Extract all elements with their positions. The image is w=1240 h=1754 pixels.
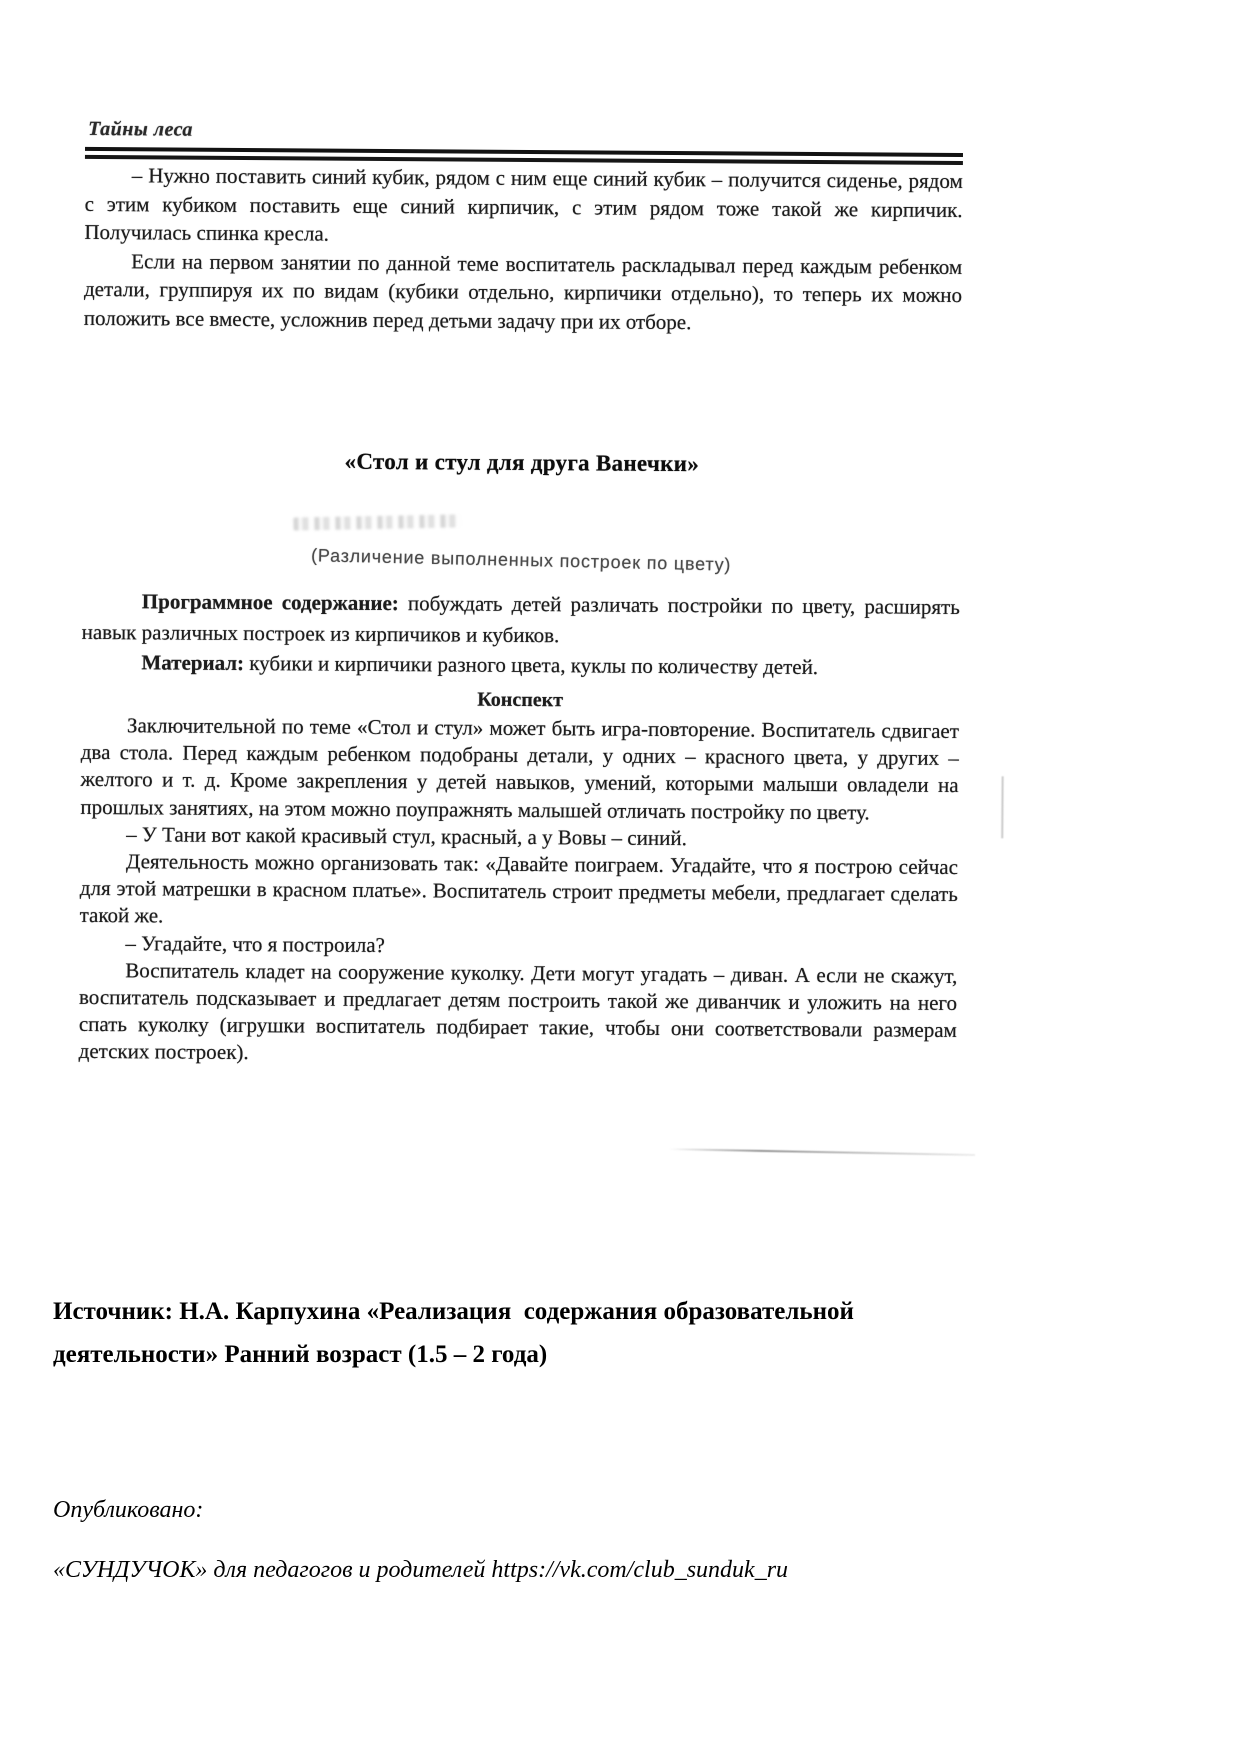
intro-paragraph: – Нужно поставить синий кубик, рядом с н… [84, 161, 963, 253]
material-paragraph: Материал: кубики и кирпичики разного цве… [81, 647, 959, 684]
lesson-title: «Стол и стул для друга Ванечки» [83, 447, 961, 479]
summary-heading: Конспект [81, 686, 959, 715]
scan-line-artifact [669, 1148, 975, 1156]
scanned-book-page: Тайны леса – Нужно поставить синий кубик… [0, 0, 1240, 1268]
program-content-label: Программное содержание: [142, 589, 399, 615]
lesson-body-block: Заключительной по теме «Стол и стул» мож… [79, 712, 959, 1072]
published-label: Опубликовано: [53, 1497, 203, 1524]
lesson-body-paragraph: Воспитатель кладет на сооружение куколку… [79, 957, 958, 1072]
material-label: Материал: [141, 650, 244, 675]
document-page: Тайны леса – Нужно поставить синий кубик… [0, 0, 1240, 1754]
intro-text-block: – Нужно поставить синий кубик, рядом с н… [84, 161, 963, 338]
material-text: кубики и кирпичики разного цвета, куклы … [244, 651, 818, 679]
program-content-paragraph: Программное содержание: побуждать детей … [82, 586, 960, 653]
published-source-line: «СУНДУЧОК» для педагогов и родителей htt… [53, 1557, 788, 1584]
program-content-block: Программное содержание: побуждать детей … [81, 586, 960, 684]
scan-margin-artifact [1001, 776, 1003, 838]
source-citation: Источник: Н.А. Карпухина «Реализация сод… [53, 1290, 953, 1376]
lesson-body-paragraph: Деятельность можно организовать так: «Да… [80, 848, 959, 936]
running-title: Тайны леса [88, 118, 193, 142]
intro-paragraph: Если на первом занятии по данной теме во… [84, 246, 963, 338]
lesson-subtitle: (Различение выполненных построек по цвет… [82, 540, 960, 581]
erased-text-artifact [293, 514, 461, 530]
lesson-body-paragraph: Заключительной по теме «Стол и стул» мож… [80, 712, 959, 827]
